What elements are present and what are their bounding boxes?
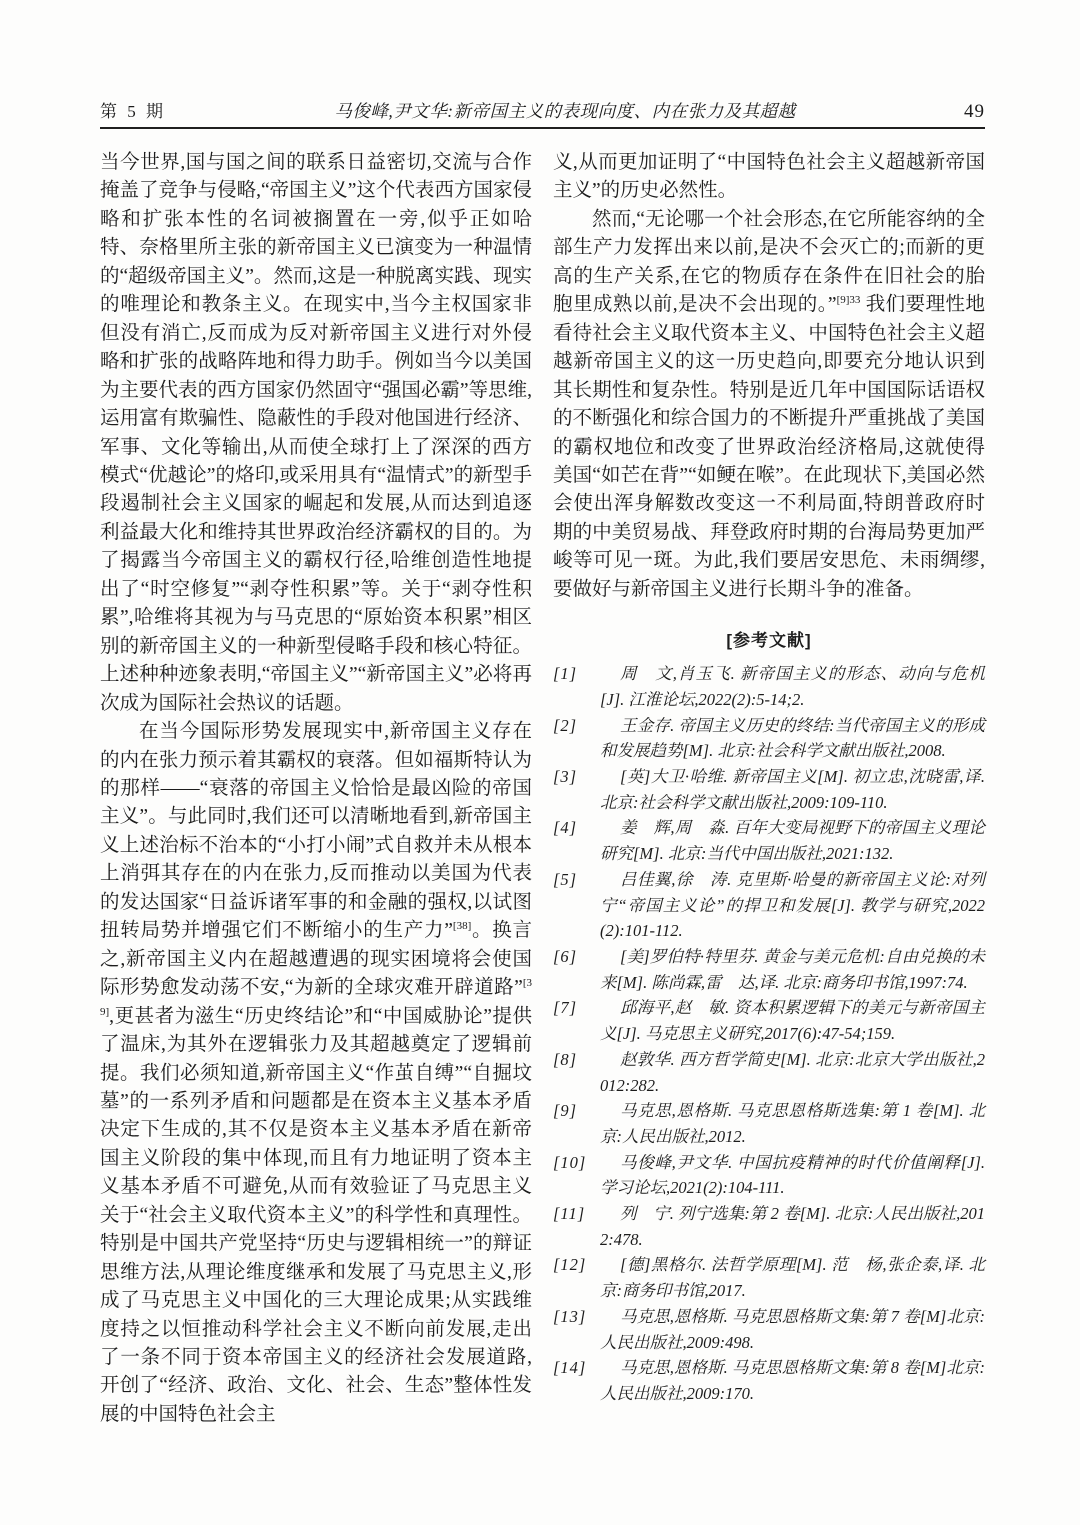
right-column-body: 义,从而更加证明了“中国特色社会主义超越新帝国主义”的历史必然性。然而,“无论哪… xyxy=(553,149,985,604)
reference-item: [9]马克思,恩格斯. 马克思恩格斯选集:第 1 卷[M]. 北京:人民出版社,… xyxy=(553,1098,985,1149)
reference-number: [6] xyxy=(553,944,577,970)
reference-item: [12][德]黑格尔. 法哲学原理[M]. 范 杨,张企泰,译. 北京:商务印书… xyxy=(553,1252,985,1303)
reference-number: [13] xyxy=(553,1304,586,1330)
page-header: 第 5 期 马俊峰,尹文华:新帝国主义的表现向度、内在张力及其超越 49 xyxy=(100,97,985,123)
reference-text: 吕佳翼,徐 涛. 克里斯·哈曼的新帝国主义论:对列宁“帝国主义论”的捍卫和发展[… xyxy=(600,870,985,940)
header-divider xyxy=(100,127,985,129)
references-section: [参考文献] [1]周 文,肖玉飞. 新帝国主义的形态、动向与危机[J]. 江淮… xyxy=(553,626,985,1406)
citation-superscript: [38] xyxy=(453,920,471,932)
body-paragraph: 在当今国际形势发展现实中,新帝国主义存在的内在张力预示着其霸权的衰落。但如福斯特… xyxy=(100,718,532,1429)
body-paragraph: 然而,“无论哪一个社会形态,在它所能容纳的全部生产力发挥出来以前,是决不会灭亡的… xyxy=(553,206,985,604)
running-title: 马俊峰,尹文华:新帝国主义的表现向度、内在张力及其超越 xyxy=(166,98,964,123)
reference-text: 邱海平,赵 敏. 资本积累逻辑下的美元与新帝国主义[J]. 马克思主义研究,20… xyxy=(600,998,985,1043)
reference-item: [11]列 宁. 列宁选集:第 2 卷[M]. 北京:人民出版社,2012:47… xyxy=(553,1201,985,1252)
journal-page: 第 5 期 马俊峰,尹文华:新帝国主义的表现向度、内在张力及其超越 49 当今世… xyxy=(0,0,1080,1525)
body-paragraph: 义,从而更加证明了“中国特色社会主义超越新帝国主义”的历史必然性。 xyxy=(553,149,985,206)
reference-number: [9] xyxy=(553,1098,577,1124)
reference-item: [4]姜 辉,周 淼. 百年大变局视野下的帝国主义理论研究[M]. 北京:当代中… xyxy=(553,815,985,866)
reference-item: [8]赵敦华. 西方哲学简史[M]. 北京:北京大学出版社,2012:282. xyxy=(553,1047,985,1098)
reference-item: [10]马俊峰,尹文华. 中国抗疫精神的时代价值阐释[J]. 学习论坛,2021… xyxy=(553,1150,985,1201)
reference-text: 马俊峰,尹文华. 中国抗疫精神的时代价值阐释[J]. 学习论坛,2021(2):… xyxy=(600,1153,985,1198)
reference-item: [5]吕佳翼,徐 涛. 克里斯·哈曼的新帝国主义论:对列宁“帝国主义论”的捍卫和… xyxy=(553,867,985,944)
reference-text: 马克思,恩格斯. 马克思恩格斯选集:第 1 卷[M]. 北京:人民出版社,201… xyxy=(600,1101,985,1146)
reference-number: [8] xyxy=(553,1047,577,1073)
reference-text: 姜 辉,周 淼. 百年大变局视野下的帝国主义理论研究[M]. 北京:当代中国出版… xyxy=(600,818,985,863)
right-column: 义,从而更加证明了“中国特色社会主义超越新帝国主义”的历史必然性。然而,“无论哪… xyxy=(553,149,985,1429)
reference-item: [3][英]大卫·哈维. 新帝国主义[M]. 初立忠,沈晓雷,译. 北京:社会科… xyxy=(553,764,985,815)
reference-text: 马克思,恩格斯. 马克思恩格斯文集:第 7 卷[M]北京:人民出版社,2009:… xyxy=(600,1307,985,1352)
reference-text: [德]黑格尔. 法哲学原理[M]. 范 杨,张企泰,译. 北京:商务印书馆,20… xyxy=(600,1255,985,1300)
reference-text: 赵敦华. 西方哲学简史[M]. 北京:北京大学出版社,2012:282. xyxy=(600,1050,985,1095)
reference-item: [7]邱海平,赵 敏. 资本积累逻辑下的美元与新帝国主义[J]. 马克思主义研究… xyxy=(553,995,985,1046)
citation-superscript: [9]33 xyxy=(837,294,861,306)
reference-text: 周 文,肖玉飞. 新帝国主义的形态、动向与危机[J]. 江淮论坛,2022(2)… xyxy=(600,664,985,709)
reference-number: [12] xyxy=(553,1252,586,1278)
reference-number: [3] xyxy=(553,764,577,790)
reference-number: [2] xyxy=(553,713,577,739)
reference-text: 列 宁. 列宁选集:第 2 卷[M]. 北京:人民出版社,2012:478. xyxy=(600,1204,985,1249)
reference-number: [1] xyxy=(553,661,577,687)
reference-text: [英]大卫·哈维. 新帝国主义[M]. 初立忠,沈晓雷,译. 北京:社会科学文献… xyxy=(600,767,985,812)
reference-item: [14]马克思,恩格斯. 马克思恩格斯文集:第 8 卷[M]北京:人民出版社,2… xyxy=(553,1355,985,1406)
references-list: [1]周 文,肖玉飞. 新帝国主义的形态、动向与危机[J]. 江淮论坛,2022… xyxy=(553,661,985,1406)
reference-text: 王金存. 帝国主义历史的终结:当代帝国主义的形成和发展趋势[M]. 北京:社会科… xyxy=(600,716,985,761)
issue-label: 第 5 期 xyxy=(100,97,166,122)
reference-item: [2]王金存. 帝国主义历史的终结:当代帝国主义的形成和发展趋势[M]. 北京:… xyxy=(553,713,985,764)
reference-number: [5] xyxy=(553,867,577,893)
reference-text: 马克思,恩格斯. 马克思恩格斯文集:第 8 卷[M]北京:人民出版社,2009:… xyxy=(600,1358,985,1403)
references-heading: [参考文献] xyxy=(553,626,985,651)
reference-item: [6][美]罗伯特·特里芬. 黄金与美元危机:自由兑换的未来[M]. 陈尚霖,雷… xyxy=(553,944,985,995)
body-paragraph: 当今世界,国与国之间的联系日益密切,交流与合作掩盖了竞争与侵略,“帝国主义”这个… xyxy=(100,149,532,718)
reference-text: [美]罗伯特·特里芬. 黄金与美元危机:自由兑换的未来[M]. 陈尚霖,雷 达,… xyxy=(600,947,985,992)
text-columns: 当今世界,国与国之间的联系日益密切,交流与合作掩盖了竞争与侵略,“帝国主义”这个… xyxy=(100,149,985,1429)
left-column: 当今世界,国与国之间的联系日益密切,交流与合作掩盖了竞争与侵略,“帝国主义”这个… xyxy=(100,149,532,1429)
reference-item: [13]马克思,恩格斯. 马克思恩格斯文集:第 7 卷[M]北京:人民出版社,2… xyxy=(553,1304,985,1355)
reference-number: [7] xyxy=(553,995,577,1021)
reference-item: [1]周 文,肖玉飞. 新帝国主义的形态、动向与危机[J]. 江淮论坛,2022… xyxy=(553,661,985,712)
reference-number: [4] xyxy=(553,815,577,841)
page-number: 49 xyxy=(964,101,985,123)
reference-number: [11] xyxy=(553,1201,585,1227)
reference-number: [14] xyxy=(553,1355,586,1381)
reference-number: [10] xyxy=(553,1150,586,1176)
